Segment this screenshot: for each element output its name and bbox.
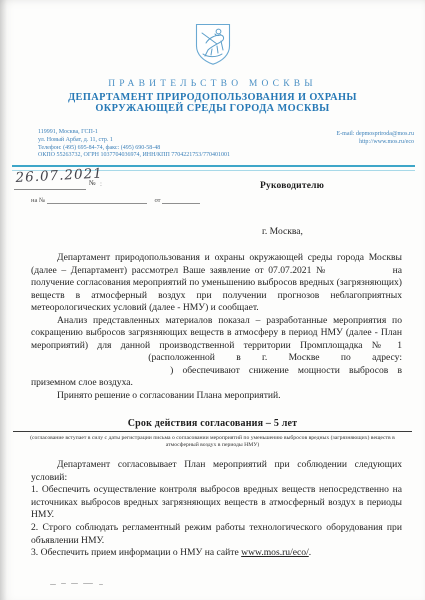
moscow-coat-of-arms-icon <box>194 23 232 66</box>
sender-contacts-block: E-mail: depmospriroda@mos.ru http://www.… <box>336 131 414 147</box>
number-label: № <box>89 179 96 187</box>
redacted-site-blank <box>31 359 127 360</box>
address-line: ул. Новый Арбат, д. 11, стр. 1 <box>38 137 230 145</box>
condition-item: 3. Обеспечить прием информации о НМУ на … <box>31 547 402 560</box>
reply-no-label: на № <box>31 197 45 204</box>
paragraph-text: (расположенной в г. Москве по адресу: <box>148 352 402 363</box>
number-colon: : <box>100 180 102 188</box>
city-line: г. Москва, <box>262 226 303 237</box>
scan-artifact <box>83 583 93 584</box>
government-title: ПРАВИТЕЛЬСТВО МОСКВЫ <box>0 79 425 89</box>
scan-artifact <box>71 583 78 584</box>
conditions-intro: Департамент согласовывает План мероприят… <box>31 459 402 484</box>
validity-heading: Срок действия согласования – 5 лет <box>0 418 425 429</box>
date-underline <box>14 189 86 190</box>
sender-address-block: 119991, Москва, ГСП-1 ул. Новый Арбат, д… <box>38 129 230 160</box>
scan-artifact <box>61 583 66 584</box>
address-line: Телефон: (495) 695-84-74, факс: (495) 69… <box>38 145 230 153</box>
department-title-line1: ДЕПАРТАМЕНТ ПРИРОДОПОЛЬЗОВАНИЯ И ОХРАНЫ <box>0 92 425 103</box>
address-line: 119991, Москва, ГСП-1 <box>38 129 230 137</box>
reply-from-blank <box>162 196 200 204</box>
paragraph-text: ) обеспечивают снижение мощности выбросо… <box>31 365 402 389</box>
condition-item-end: . <box>309 547 311 558</box>
paragraph-application: Департамент природопользования и охраны … <box>31 252 402 315</box>
reply-from-label: от <box>154 197 160 204</box>
scan-edge-shadow <box>0 0 7 600</box>
email-text: E-mail: depmospriroda@mos.ru <box>336 131 414 139</box>
mos-ru-eco-link[interactable]: www.mos.ru/eco/ <box>241 547 309 558</box>
paragraph-decision: Принято решение о согласовании Плана мер… <box>31 390 402 403</box>
condition-item-text: 3. Обеспечить прием информации о НМУ на … <box>31 547 241 558</box>
scan-artifact <box>50 584 56 585</box>
department-title-line2: ОКРУЖАЮЩЕЙ СРЕДЫ ГОРОДА МОСКВЫ <box>0 103 425 114</box>
website-text: http://www.mos.ru/eco <box>336 139 414 147</box>
reply-no-blank <box>47 196 147 204</box>
department-title: ДЕПАРТАМЕНТ ПРИРОДОПОЛЬЗОВАНИЯ И ОХРАНЫ … <box>0 92 425 115</box>
condition-item: 1. Обеспечить осуществление контроля выб… <box>31 484 402 522</box>
paragraph-analysis: Анализ представленных материалов показал… <box>31 315 402 390</box>
reply-reference-row: на № от <box>31 196 200 204</box>
scanned-letter-page: ПРАВИТЕЛЬСТВО МОСКВЫ ДЕПАРТАМЕНТ ПРИРОДО… <box>0 0 425 600</box>
conditions-block: Департамент согласовывает План мероприят… <box>31 459 402 560</box>
address-line: ОКПО 55263732, ОГРН 1037704036974, ИНН/К… <box>38 152 230 160</box>
recipient-label: Руководителю <box>260 181 324 191</box>
redacted-number-blank <box>332 272 388 273</box>
condition-item: 2. Строго соблюдать регламентный режим р… <box>31 522 402 547</box>
paragraph-text: Анализ представленных материалов показал… <box>31 315 402 351</box>
validity-underline-rule <box>13 431 412 432</box>
redacted-address-blank <box>31 372 161 373</box>
scan-artifact <box>99 584 103 585</box>
validity-note: (согласование вступает в силу с даты рег… <box>28 435 397 449</box>
letter-body: Департамент природопользования и охраны … <box>31 252 402 402</box>
